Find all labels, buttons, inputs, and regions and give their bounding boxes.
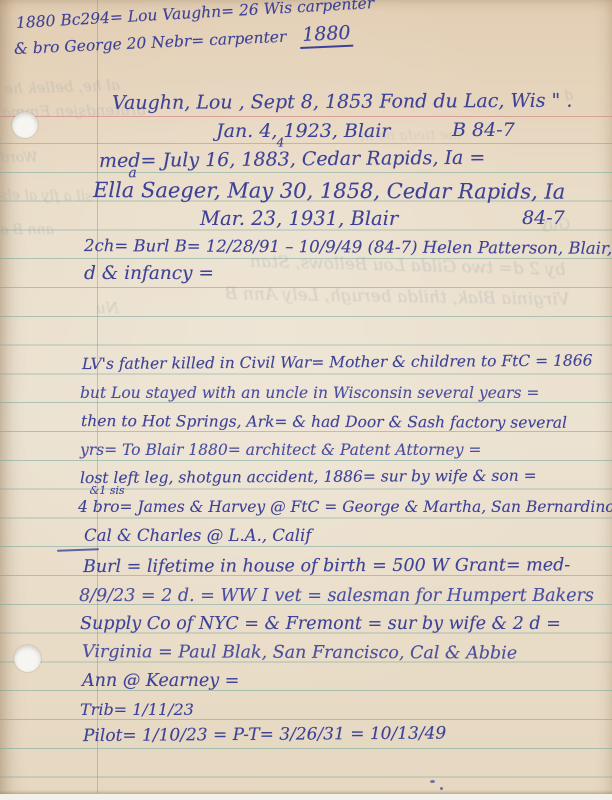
marriage-year-correction: 4 [276, 135, 284, 149]
scanner-background [0, 794, 612, 800]
siblings-names: = James & Harvey @ FtC = George & Martha… [119, 498, 612, 516]
spouse-line: Ellaa Saeger, May 30, 1858, Cedar Rapids… [93, 178, 565, 204]
children-line: 2ch= Burl B= 12/28/91 – 10/9/49 (84-7) H… [84, 236, 612, 258]
note-line: yrs= To Blair 1880= architect & Patent A… [80, 441, 481, 459]
scanned-notebook-page: al he, bellek he bratendsjen Emma Word s… [0, 0, 612, 800]
hole-punch-bottom [14, 645, 41, 672]
note-line: lost left leg, shotgun accident, 1886= s… [80, 467, 537, 487]
bleedthrough-line: ann B a [0, 222, 54, 238]
children-line-2: d & infancy = [84, 263, 214, 284]
bleedthrough-line: Virginia Blak, thilda berugh, Lely Ann B [225, 284, 570, 310]
spouse-insert-mark: a [128, 165, 136, 181]
name-birth-line: Vaughn, Lou , Sept 8, 1853 Fond du Lac, … [112, 90, 572, 114]
note-line: then to Hot Springs, Ark= & had Door & S… [81, 412, 567, 432]
marriage-place: , Cedar Rapids, Ia = [290, 147, 486, 171]
siblings-count: 4 bro [78, 498, 119, 516]
spouse-rest: Saeger, May 30, 1858, Cedar Rapids, Ia [134, 178, 565, 204]
marriage-line: med= July 16, 18834, Cedar Rapids, Ia = [99, 147, 485, 172]
bleedthrough-line: Word [0, 150, 38, 166]
hole-punch-top [12, 112, 38, 138]
note-line: LV's father killed in Civil War= Mother … [82, 351, 593, 373]
bleedthrough-line: Nu [96, 299, 119, 317]
citation-line: Pilot= 1/10/23 = P-T= 3/26/31 = 10/13/49 [83, 723, 446, 746]
bleedthrough-line: al he, bellek he [4, 76, 120, 98]
spouse-cemetery-ref: 84-7 [522, 207, 565, 229]
siblings-line: 4 bro&1 sis= James & Harvey @ FtC = Geor… [78, 498, 612, 516]
bleedthrough-line: sil a fly al els [0, 187, 92, 205]
citation-line: Trib= 1/11/23 [80, 700, 194, 719]
note-line: 8/9/23 = 2 d. = WW I vet = salesman for … [79, 586, 594, 606]
spouse-first-name: Ella [93, 178, 134, 202]
note-line: Ann @ Kearney = [82, 671, 239, 691]
siblings-line-2: Cal & Charles @ L.A., Calif [84, 526, 311, 545]
underlined-year: 1880 [300, 22, 353, 49]
note-line: but Lou stayed with an uncle in Wisconsi… [80, 384, 539, 402]
spouse-death-line: Mar. 23, 1931, Blair [200, 207, 398, 230]
note-line: Supply Co of NYC = & Fremont = sur by wi… [80, 614, 561, 634]
margin-dash [57, 548, 99, 551]
death-line: Jan. 4, 1923, Blair [216, 120, 390, 142]
ink-speck [430, 780, 435, 783]
header-line-2-text: & bro George 20 Nebr= carpenter [14, 28, 287, 58]
note-line: Burl = lifetime in house of birth = 500 … [83, 555, 570, 577]
cemetery-ref: B 84-7 [452, 119, 515, 141]
note-line: Virginia = Paul Blak, San Francisco, Cal… [82, 642, 517, 664]
siblings-superscript: &1 sis [89, 484, 124, 497]
